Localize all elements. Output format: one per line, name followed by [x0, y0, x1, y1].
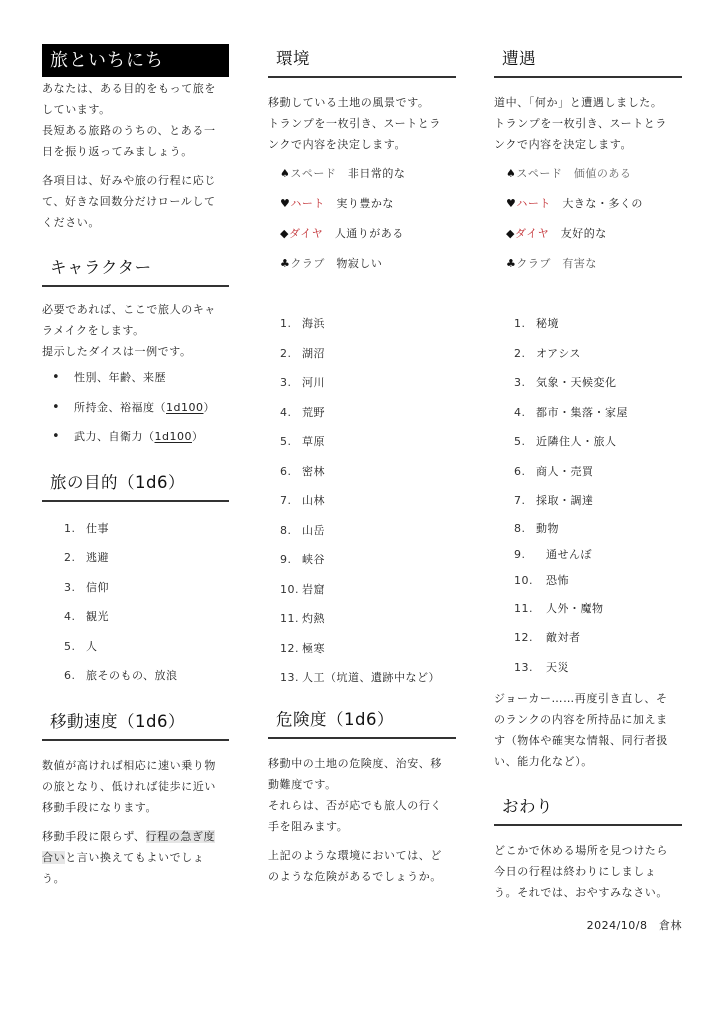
list-item: 13.人工（坑道、遺跡中など）: [280, 663, 456, 693]
encounter-suits: ♠スペード 価値のある ♥ハート 大きな・多くの ◆ダイヤ 友好的な ♣クラブ …: [494, 159, 682, 279]
list-item: 8.動物: [514, 516, 682, 542]
speed-text: 数値が高ければ相応に速い乗り物 の旅となり、低ければ徒歩に近い 移動手段になりま…: [42, 755, 229, 818]
list-item: 8.山岳: [280, 516, 456, 546]
list-item: 7.山林: [280, 486, 456, 516]
suit-row-spade: ♠スペード 価値のある: [494, 159, 682, 189]
list-item: 6.旅そのもの、放浪: [64, 661, 229, 691]
list-item: 6.密林: [280, 457, 456, 487]
list-item: 13.天災: [514, 653, 682, 683]
environment-ranks: 1.海浜 2.湖沼 3.河川 4.荒野 5.草原 6.密林 7.山林 8.山岳 …: [268, 309, 456, 693]
list-item: 2.湖沼: [280, 339, 456, 369]
suit-row-heart: ♥ハート 大きな・多くの: [494, 189, 682, 219]
spade-icon: ♠: [280, 167, 290, 180]
list-item: 10.岩窟: [280, 575, 456, 605]
diamond-icon: ◆: [280, 227, 289, 240]
highlighted-text: 合い: [42, 851, 65, 864]
page-title: 旅といちにち: [42, 44, 229, 77]
list-item: 3.気象・天候変化: [514, 368, 682, 398]
list-item: 4.都市・集落・家屋: [514, 398, 682, 428]
suit-row-club: ♣クラブ 物寂しい: [268, 249, 456, 279]
list-item: 所持金、裕福度（1d100）: [42, 393, 229, 423]
danger-text: 移動中の土地の危険度、治安、移 動難度です。 それらは、否が応でも旅人の行く 手…: [268, 753, 456, 837]
list-item: 3.信仰: [64, 573, 229, 603]
heading-speed: 移動速度（1d6）: [42, 707, 229, 741]
suit-row-club: ♣クラブ 有害な: [494, 249, 682, 279]
heading-danger: 危険度（1d6）: [268, 705, 456, 739]
list-item: 性別、年齢、来歴: [42, 363, 229, 393]
heading-purpose: 旅の目的（1d6）: [42, 468, 229, 502]
list-item: 5.人: [64, 632, 229, 662]
club-icon: ♣: [506, 257, 516, 270]
purpose-list: 1.仕事 2.逃避 3.信仰 4.観光 5.人 6.旅そのもの、放浪: [42, 514, 229, 691]
club-icon: ♣: [280, 257, 290, 270]
list-item: 2.オアシス: [514, 339, 682, 369]
intro-text: あなたは、ある目的をもって旅を しています。 長短ある旅路のうちの、とある一 日…: [42, 78, 229, 162]
heading-ending: おわり: [494, 792, 682, 826]
danger-text-2: 上記のような環境においては、ど のような危険があるでしょうか。: [268, 845, 456, 887]
list-item: 3.河川: [280, 368, 456, 398]
heart-icon: ♥: [280, 197, 290, 210]
encounter-ranks: 1.秘境 2.オアシス 3.気象・天候変化 4.都市・集落・家屋 5.近隣住人・…: [494, 309, 682, 682]
intro-text-2: 各項目は、好みや旅の行程に応じ て、好きな回数分だけロールして ください。: [42, 170, 229, 233]
speed-text-2: 移動手段に限らず、行程の急ぎ度 合いと言い換えてもよいでしょ う。: [42, 826, 229, 889]
ending-text: どこかで休める場所を見つけたら 今日の行程は終わりにしましょ う。それでは、おや…: [494, 840, 682, 903]
column-left: 旅といちにち あなたは、ある目的をもって旅を しています。 長短ある旅路のうちの…: [42, 44, 229, 889]
dice-link[interactable]: 1d100: [166, 401, 203, 414]
column-right: 遭遇 道中、「何か」と遭遇しました。 トランプを一枚引き、スートとラ ンクで内容…: [494, 44, 682, 933]
list-item: 5.近隣住人・旅人: [514, 427, 682, 457]
encounter-text: 道中、「何か」と遭遇しました。 トランプを一枚引き、スートとラ ンクで内容を決定…: [494, 92, 682, 155]
list-item: 1.海浜: [280, 309, 456, 339]
list-item: 4.観光: [64, 602, 229, 632]
character-text: 必要であれば、ここで旅人のキャ ラメイクをします。 提示したダイスは一例です。: [42, 299, 229, 362]
suit-row-diamond: ◆ダイヤ 友好的な: [494, 219, 682, 249]
list-item: 7.採取・調達: [514, 486, 682, 516]
list-item: 武力、自衛力（1d100）: [42, 422, 229, 452]
spade-icon: ♠: [506, 167, 516, 180]
list-item: 11.人外・魔物: [514, 594, 682, 624]
list-item: 2.逃避: [64, 543, 229, 573]
signature: 2024/10/8 倉林: [494, 917, 682, 933]
heading-encounter: 遭遇: [494, 44, 682, 78]
diamond-icon: ◆: [506, 227, 515, 240]
list-item: 11.灼熱: [280, 604, 456, 634]
list-item: 4.荒野: [280, 398, 456, 428]
list-item: 6.商人・売買: [514, 457, 682, 487]
list-item: 1.秘境: [514, 309, 682, 339]
list-item: 1.仕事: [64, 514, 229, 544]
list-item: 5.草原: [280, 427, 456, 457]
environment-text: 移動している土地の風景です。 トランプを一枚引き、スートとラ ンクで内容を決定し…: [268, 92, 456, 155]
highlighted-text: 行程の急ぎ度: [146, 830, 216, 843]
environment-suits: ♠スペード 非日常的な ♥ハート 実り豊かな ◆ダイヤ 人通りがある ♣クラブ …: [268, 159, 456, 279]
list-item: 9.峡谷: [280, 545, 456, 575]
list-item: 9.通せんぼ: [514, 542, 682, 568]
character-bullets: 性別、年齢、来歴 所持金、裕福度（1d100） 武力、自衛力（1d100）: [42, 363, 229, 452]
column-middle: 環境 移動している土地の風景です。 トランプを一枚引き、スートとラ ンクで内容を…: [268, 44, 456, 887]
heading-character: キャラクター: [42, 253, 229, 287]
list-item: 12.極寒: [280, 634, 456, 664]
heart-icon: ♥: [506, 197, 516, 210]
list-item: 12.敵対者: [514, 623, 682, 653]
dice-link[interactable]: 1d100: [155, 430, 192, 443]
joker-text: ジョーカー……再度引き直し、そ のランクの内容を所持品に加えま す（物体や確実な…: [494, 688, 682, 772]
heading-environment: 環境: [268, 44, 456, 78]
suit-row-spade: ♠スペード 非日常的な: [268, 159, 456, 189]
list-item: 10.恐怖: [514, 568, 682, 594]
suit-row-diamond: ◆ダイヤ 人通りがある: [268, 219, 456, 249]
suit-row-heart: ♥ハート 実り豊かな: [268, 189, 456, 219]
